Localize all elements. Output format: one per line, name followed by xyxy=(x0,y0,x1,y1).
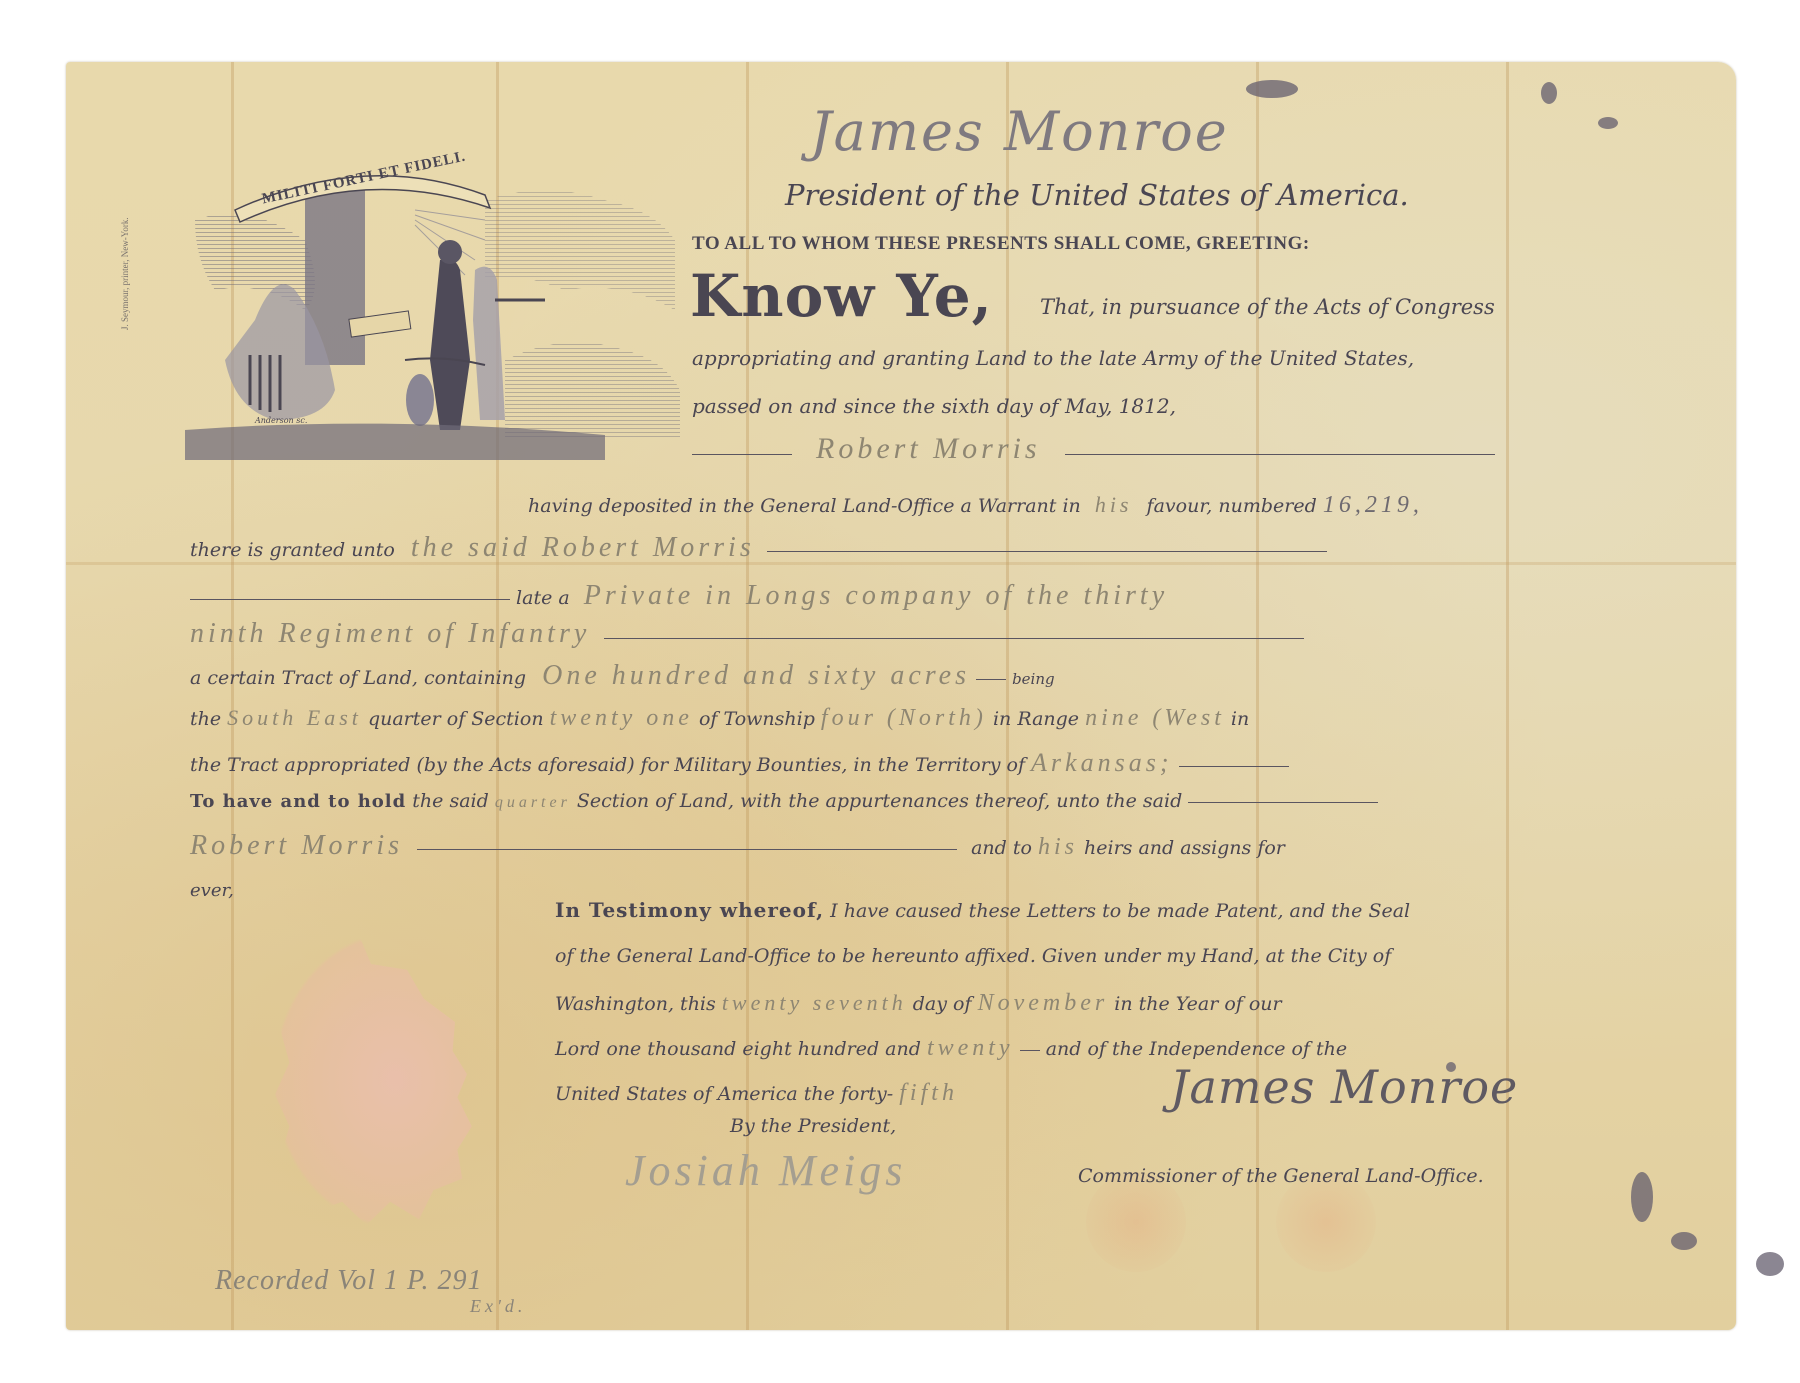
ink-stain xyxy=(1541,82,1557,104)
the-text: the xyxy=(190,708,221,730)
president-title: President of the United States of Americ… xyxy=(785,178,1409,212)
preamble-line-1: That, in pursuance of the Acts of Congre… xyxy=(1040,295,1495,319)
territory-field: Arkansas; xyxy=(1031,748,1172,777)
printer-credit: J. Seymour, printer, New-York. xyxy=(120,217,130,330)
service-field-line-1: Private in Longs company of the thirty xyxy=(584,580,1168,611)
greeting-line: TO ALL TO WHOM THESE PRESENTS SHALL COME… xyxy=(692,233,1310,255)
warrant-pronoun: his xyxy=(1095,492,1133,517)
habendum-name: Robert Morris xyxy=(190,830,403,861)
date-month-field: November xyxy=(978,990,1109,1016)
commissioner-signature: Josiah Meigs xyxy=(625,1145,906,1196)
range-label: in Range xyxy=(993,708,1079,730)
header-signature: James Monroe xyxy=(810,100,1229,163)
date-year-field: twenty xyxy=(927,1035,1014,1061)
ink-stain xyxy=(1756,1252,1784,1276)
habendum-text-4: heirs and assigns for xyxy=(1084,837,1285,859)
acreage-field: One hundred and sixty acres xyxy=(542,660,970,691)
habendum-text-1: the said xyxy=(412,790,488,812)
independence-year-field: fifth xyxy=(899,1080,958,1106)
preamble-line-2: appropriating and granting Land to the l… xyxy=(692,346,1414,370)
quarter-label: quarter of Section xyxy=(368,708,544,730)
recorded-note-line-2: Ex'd. xyxy=(470,1296,526,1317)
testimony-line-3a: Washington, this xyxy=(555,993,716,1015)
service-label: late a xyxy=(516,587,570,609)
commissioner-title: Commissioner of the General Land-Office. xyxy=(1078,1165,1484,1187)
quarter-field: South East xyxy=(227,705,362,730)
habendum-text-3: and to xyxy=(971,837,1032,859)
habendum-text-2: Section of Land, with the appurtenances … xyxy=(577,790,1182,812)
testimony-line-5a: United States of America the forty- xyxy=(555,1083,893,1105)
president-signature: James Monroe xyxy=(1170,1060,1518,1114)
engraver-credit: Anderson sc. xyxy=(255,416,307,425)
ink-stain xyxy=(1631,1172,1653,1222)
preamble-line-3: passed on and since the sixth day of May… xyxy=(692,394,1176,418)
tract-appropriated-text: the Tract appropriated (by the Acts afor… xyxy=(190,754,1025,776)
section-field: twenty one xyxy=(550,705,693,731)
granted-to-field: the said Robert Morris xyxy=(411,532,755,563)
testimony-line-3c: in the Year of our xyxy=(1114,993,1281,1015)
testimony-line-4b: and of the Independence of the xyxy=(1046,1038,1347,1060)
grantee-name-field: Robert Morris xyxy=(816,432,1041,465)
vignette-engraving: MILITI FORTI ET FIDELI. Anderson sc. xyxy=(185,160,685,460)
testimony-line-2: of the General Land-Office to be hereunt… xyxy=(555,945,1391,967)
ink-stain xyxy=(1246,80,1298,98)
ink-stain xyxy=(1671,1232,1697,1250)
range-suffix: in xyxy=(1231,708,1249,730)
ever-text: ever, xyxy=(190,880,234,901)
wax-mark xyxy=(1276,1172,1376,1272)
testimony-line-1: I have caused these Letters to be made P… xyxy=(830,900,1410,922)
being-text: being xyxy=(1012,670,1055,688)
service-field-line-2: ninth Regiment of Infantry xyxy=(190,618,590,649)
granted-label: there is granted unto xyxy=(190,539,395,561)
testimony-line-4a: Lord one thousand eight hundred and xyxy=(555,1038,921,1060)
date-day-field: twenty seventh xyxy=(722,990,907,1015)
ink-stain xyxy=(1598,117,1618,129)
allegorical-scene-icon xyxy=(185,160,685,460)
testimony-line-3b: day of xyxy=(913,993,972,1015)
recorded-note-line-1: Recorded Vol 1 P. 291 xyxy=(215,1265,483,1297)
habendum-quarter: quarter xyxy=(495,794,571,811)
wax-mark xyxy=(1086,1172,1186,1272)
warrant-text: having deposited in the General Land-Off… xyxy=(528,495,1081,517)
warrant-text-2: favour, numbered xyxy=(1147,495,1317,517)
warrant-number: 16,219, xyxy=(1323,492,1423,518)
habendum-label: To have and to hold xyxy=(190,791,406,812)
tract-label: a certain Tract of Land, containing xyxy=(190,667,526,689)
township-field: four (North) xyxy=(821,705,987,731)
township-label: of Township xyxy=(699,708,815,730)
know-ye-heading: Know Ye, xyxy=(690,262,993,330)
by-the-president: By the President, xyxy=(730,1115,896,1137)
habendum-pronoun: his xyxy=(1038,834,1078,860)
fold-line xyxy=(1506,62,1509,1330)
range-field: nine (West xyxy=(1085,705,1225,731)
testimony-label: In Testimony whereof, xyxy=(555,898,824,922)
